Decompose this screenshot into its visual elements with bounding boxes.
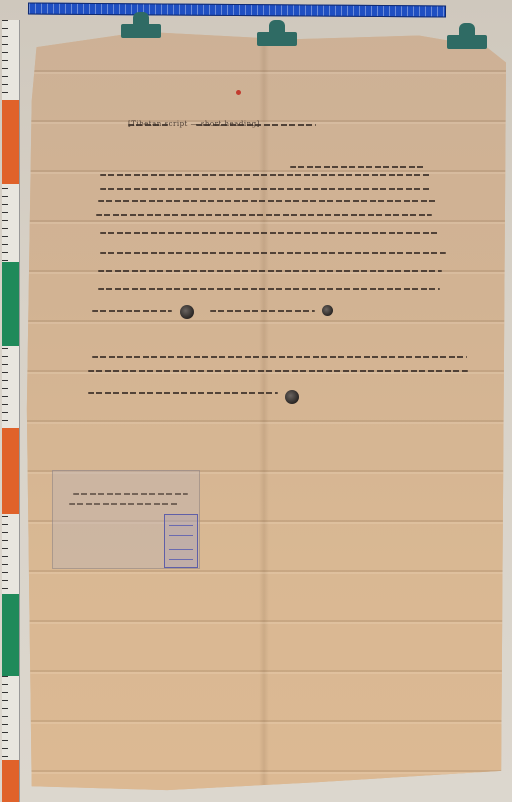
script-line bbox=[88, 370, 468, 372]
archive-stamp bbox=[164, 514, 198, 568]
seal-icon bbox=[180, 305, 194, 319]
script-line bbox=[98, 200, 436, 202]
binder-clip-icon bbox=[257, 32, 297, 46]
label-script-line bbox=[73, 493, 188, 495]
stamp-field-line bbox=[169, 535, 193, 536]
script-line bbox=[100, 232, 440, 234]
script-line bbox=[100, 252, 446, 254]
binder-clip-icon bbox=[121, 24, 161, 38]
manuscript-paper bbox=[22, 24, 506, 794]
ruler-segment-orange bbox=[2, 428, 19, 514]
stamp-field-line bbox=[169, 525, 193, 526]
script-line bbox=[92, 310, 172, 312]
header-left-script bbox=[128, 124, 168, 126]
script-line bbox=[210, 310, 315, 312]
script-line bbox=[96, 214, 432, 216]
seal-icon bbox=[322, 305, 333, 316]
ruler-segment-green bbox=[2, 262, 19, 346]
ruler-segment-orange bbox=[2, 100, 19, 184]
binder-clip-icon bbox=[447, 35, 487, 49]
script-line bbox=[98, 288, 440, 290]
ruler-segment-green bbox=[2, 594, 19, 676]
script-line bbox=[100, 174, 430, 176]
script-line bbox=[88, 392, 278, 394]
script-line bbox=[290, 166, 425, 168]
ruler-segment-orange bbox=[2, 760, 19, 802]
label-script-line bbox=[69, 503, 179, 505]
header-right-script bbox=[196, 124, 316, 126]
stamp-field-line bbox=[169, 549, 193, 550]
red-mark bbox=[236, 90, 241, 95]
script-line bbox=[98, 270, 442, 272]
script-line bbox=[92, 356, 467, 358]
seal-icon bbox=[285, 390, 299, 404]
script-line bbox=[100, 188, 430, 190]
stamp-field-line bbox=[169, 559, 193, 560]
